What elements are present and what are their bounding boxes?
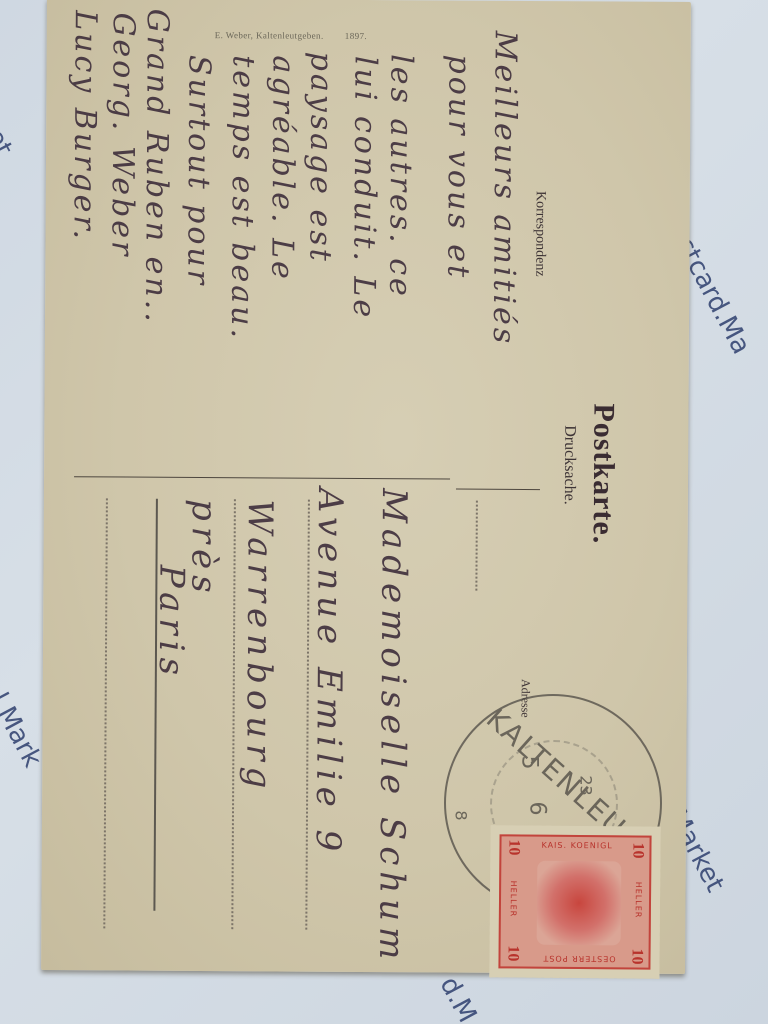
address-dotted-line [231, 499, 236, 929]
postage-stamp: 10 10 10 10 KAIS. KOENIGL OESTERR POST H… [489, 825, 660, 978]
address-line: Warrenbourg [238, 499, 280, 794]
horizontal-divider [74, 476, 450, 479]
stamp-value-bottom-right: 10 [627, 948, 645, 964]
message-line: Surtout pour [180, 55, 216, 287]
stamp-value-bottom-left: 10 [503, 945, 521, 961]
message-line: Lucy Burger. [66, 10, 102, 242]
watermark-text: d.M [434, 972, 483, 1024]
message-line: agréable. Le [264, 55, 300, 282]
printer-year: 1897. [345, 31, 367, 41]
message-line: Meilleurs amitiés [486, 31, 523, 347]
message-line: les autres. ce [382, 54, 418, 299]
korrespondenz-label: Korrespondenz [531, 191, 548, 277]
horizontal-divider-short [456, 489, 540, 491]
stamp-frame: 10 10 10 10 KAIS. KOENIGL OESTERR POST H… [498, 834, 651, 969]
message-line: lui conduit. Le [346, 56, 383, 320]
address-dotted-line [475, 501, 478, 591]
postmark-day: 5 [517, 756, 542, 770]
postmark-time: 23 [577, 775, 596, 795]
message-line: temps est beau. [224, 55, 261, 341]
printer-name: E. Weber, Kaltenleutgeben. [215, 30, 324, 41]
postmark-month: 6 [525, 802, 550, 816]
stamp-bottom-text: OESTERR POST [542, 954, 615, 964]
message-line: Grand Ruben en.. [138, 9, 175, 325]
watermark-text: et [0, 124, 18, 161]
drucksache-label: Drucksache. [560, 425, 578, 505]
address-rule [153, 499, 158, 911]
postmark-year: 8 [452, 810, 471, 820]
stamp-top-text: KAIS. KOENIGL [541, 841, 612, 851]
postkarte-title: Postkarte. [586, 403, 621, 544]
address-dotted-line [103, 498, 108, 928]
stamp-value-top-right: 10 [628, 842, 646, 858]
message-line: Georg. Weber [104, 12, 141, 258]
message-line: pour vous et [440, 54, 476, 280]
address-line: Paris [151, 565, 192, 681]
stamp-currency-left: HELLER [509, 881, 518, 918]
watermark-text: l Mark [0, 688, 47, 772]
stamp-value-top-left: 10 [504, 839, 522, 855]
emperor-portrait [537, 861, 622, 946]
stamp-currency-right: HELLER [634, 882, 643, 919]
printer-imprint: E. Weber, Kaltenleutgeben. 1897. [215, 30, 367, 41]
address-line: Mademoiselle Schum [371, 488, 414, 965]
message-line: paysage est [302, 52, 338, 264]
address-line: Avenue Emilie 9 [308, 488, 350, 858]
